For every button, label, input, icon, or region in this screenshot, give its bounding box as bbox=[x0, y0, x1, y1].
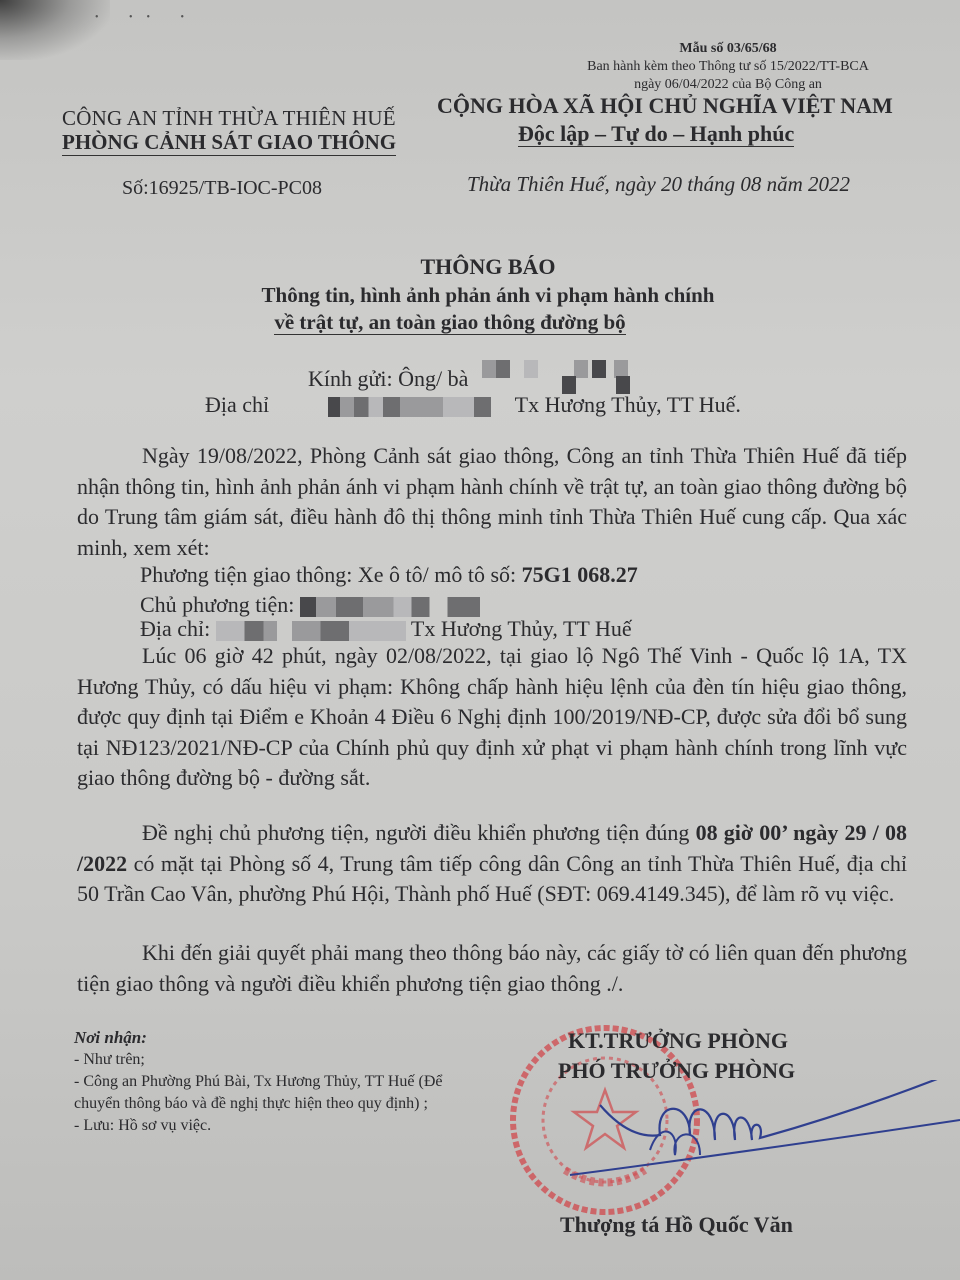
greeting-label: Kính gửi: Ông/ bà bbox=[308, 366, 468, 391]
place-date: Thừa Thiên Huế, ngày 20 tháng 08 năm 202… bbox=[467, 172, 850, 197]
owner-address-label: Địa chỉ: bbox=[140, 616, 210, 641]
country-name: CỘNG HÒA XÃ HỘI CHỦ NGHĨA VIỆT NAM bbox=[437, 93, 893, 119]
agency-name-text: PHÒNG CẢNH SÁT GIAO THÔNG bbox=[62, 130, 396, 156]
issued-date: ngày 06/04/2022 của Bộ Công an bbox=[548, 76, 908, 94]
document-number: Số:16925/TB-IOC-PC08 bbox=[122, 177, 322, 200]
request-paragraph: Đề nghị chủ phương tiện, người điều khiể… bbox=[77, 818, 907, 910]
owner-address-suffix: Tx Hương Thủy, TT Huế bbox=[411, 616, 632, 641]
signature-title-1: KT.TRƯỞNG PHÒNG bbox=[568, 1028, 788, 1054]
closing-paragraph: Khi đến giải quyết phải mang theo thông … bbox=[77, 938, 907, 999]
subtitle-line-1: Thông tin, hình ảnh phản ánh vi phạm hàn… bbox=[0, 283, 960, 308]
subtitle-line-2-text: về trật tự, an toàn giao thông đường bộ bbox=[274, 310, 625, 335]
document-title: THÔNG BÁO bbox=[0, 254, 960, 280]
recipient-item: - Lưu: Hồ sơ vụ việc. bbox=[74, 1115, 454, 1137]
motto-text: Độc lập – Tự do – Hạnh phúc bbox=[518, 121, 794, 147]
request-suffix: có mặt tại Phòng số 4, Trung tâm tiếp cô… bbox=[77, 851, 907, 907]
recipients-heading: Nơi nhận: bbox=[74, 1027, 454, 1049]
vehicle-line: Phương tiện giao thông: Xe ô tô/ mô tô s… bbox=[140, 560, 638, 590]
plate-number: 75G1 068.27 bbox=[522, 562, 638, 587]
subtitle-line-2: về trật tự, an toàn giao thông đường bộ bbox=[0, 310, 900, 335]
signature-title-2: PHÓ TRƯỞNG PHÒNG bbox=[558, 1058, 795, 1084]
intro-paragraph: Ngày 19/08/2022, Phòng Cảnh sát giao thô… bbox=[77, 441, 907, 563]
recipient-item: - Công an Phường Phú Bài, Tx Hương Thủy,… bbox=[74, 1071, 454, 1115]
punch-dots: • •• • bbox=[95, 12, 198, 23]
recipient-item: - Như trên; bbox=[74, 1049, 454, 1071]
address-label: Địa chỉ bbox=[205, 392, 269, 417]
violation-paragraph: Lúc 06 giờ 42 phút, ngày 02/08/2022, tại… bbox=[77, 641, 907, 794]
owner-address-line: Địa chỉ: Tx Hương Thủy, TT Huế bbox=[140, 614, 632, 644]
recipients-block: Nơi nhận: - Như trên; - Công an Phường P… bbox=[74, 1027, 454, 1137]
form-number: Mẫu số 03/65/68 bbox=[548, 40, 908, 58]
redacted-owner-address bbox=[216, 621, 406, 641]
redacted-address bbox=[275, 397, 515, 417]
request-prefix: Đề nghị chủ phương tiện, người điều khiể… bbox=[142, 820, 696, 845]
addressee-address: Địa chỉ Tx Hương Thủy, TT Huế. bbox=[205, 390, 741, 420]
address-suffix: Tx Hương Thủy, TT Huế. bbox=[515, 392, 741, 417]
form-number-block: Mẫu số 03/65/68 Ban hành kèm theo Thông … bbox=[548, 40, 908, 94]
motto: Độc lập – Tự do – Hạnh phúc bbox=[518, 121, 794, 147]
signature-scribble bbox=[560, 1080, 960, 1200]
agency-name: PHÒNG CẢNH SÁT GIAO THÔNG bbox=[62, 130, 396, 155]
signer-name: Thượng tá Hồ Quốc Văn bbox=[560, 1212, 793, 1238]
vehicle-label: Phương tiện giao thông: Xe ô tô/ mô tô s… bbox=[140, 562, 522, 587]
photo-shadow bbox=[0, 0, 110, 60]
agency-parent: CÔNG AN TỈNH THỪA THIÊN HUẾ bbox=[62, 106, 396, 131]
issued-with: Ban hành kèm theo Thông tư số 15/2022/TT… bbox=[548, 58, 908, 76]
